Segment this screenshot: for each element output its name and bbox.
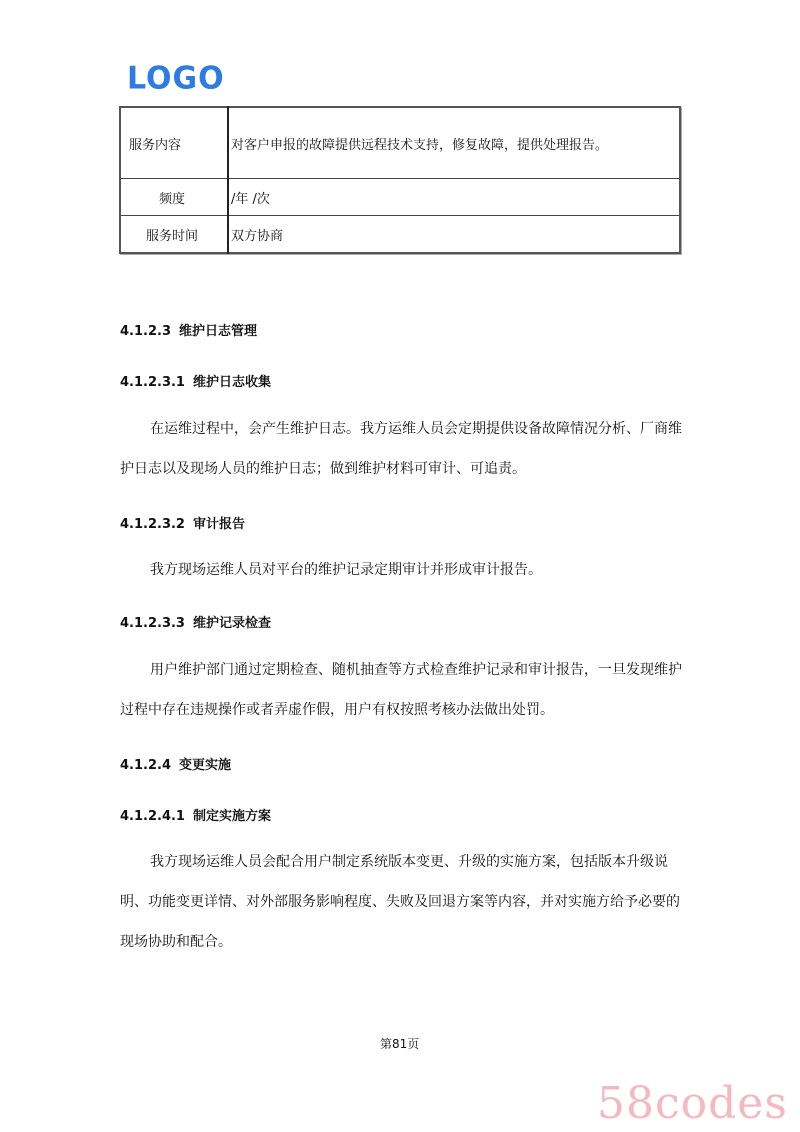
- paragraph: 在运维过程中，会产生维护日志。我方运维人员会定期提供设备故障情况分析、厂商维护日…: [120, 409, 682, 489]
- section-heading: 4.1.2.3.3维护记录检查: [120, 612, 271, 631]
- table-value-cell: 对客户申报的故障提供远程技术支持，修复故障，提供处理报告。: [228, 107, 680, 179]
- section-number: 4.1.2.3.3: [120, 616, 185, 631]
- section-heading: 4.1.2.3.1维护日志收集: [120, 371, 271, 390]
- section-title: 维护日志管理: [179, 324, 257, 339]
- table-label-cell: 频度: [120, 179, 228, 216]
- section-title: 制定实施方案: [193, 809, 271, 824]
- section-number: 4.1.2.4: [120, 758, 171, 773]
- logo: LOGO: [127, 62, 225, 96]
- section-heading: 4.1.2.3.2审计报告: [120, 513, 245, 532]
- table-row: 服务时间 双方协商: [120, 216, 680, 254]
- table-value-cell: /年 /次: [228, 179, 680, 216]
- section-title: 维护记录检查: [193, 616, 271, 631]
- paragraph-text: 我方现场运维人员会配合用户制定系统版本变更、升级的实施方案，包括版本升级说明、功…: [120, 854, 680, 950]
- section-number: 4.1.2.4.1: [120, 809, 185, 824]
- paragraph-text: 在运维过程中，会产生维护日志。我方运维人员会定期提供设备故障情况分析、厂商维护日…: [120, 421, 682, 477]
- table-label-cell: 服务内容: [120, 107, 228, 179]
- paragraph: 用户维护部门通过定期检查、随机抽查等方式检查维护记录和审计报告，一旦发现维护过程…: [120, 650, 682, 730]
- service-table: 服务内容 对客户申报的故障提供远程技术支持，修复故障，提供处理报告。 频度 /年…: [119, 106, 681, 254]
- section-title: 维护日志收集: [193, 375, 271, 390]
- watermark: 58codes: [597, 1078, 788, 1129]
- table-label-cell: 服务时间: [120, 216, 228, 254]
- section-number: 4.1.2.3.2: [120, 517, 185, 532]
- section-number: 4.1.2.3: [120, 324, 171, 339]
- paragraph-text: 我方现场运维人员对平台的维护记录定期审计并形成审计报告。: [150, 562, 542, 578]
- table-row: 服务内容 对客户申报的故障提供远程技术支持，修复故障，提供处理报告。: [120, 107, 680, 179]
- section-title: 变更实施: [179, 758, 231, 773]
- paragraph: 我方现场运维人员会配合用户制定系统版本变更、升级的实施方案，包括版本升级说明、功…: [120, 842, 682, 962]
- page-number: 第81页: [380, 1035, 419, 1052]
- paragraph-text: 用户维护部门通过定期检查、随机抽查等方式检查维护记录和审计报告，一旦发现维护过程…: [120, 662, 682, 718]
- section-number: 4.1.2.3.1: [120, 375, 185, 390]
- table-row: 频度 /年 /次: [120, 179, 680, 216]
- table-value-cell: 双方协商: [228, 216, 680, 254]
- section-title: 审计报告: [193, 517, 245, 532]
- section-heading: 4.1.2.4.1制定实施方案: [120, 805, 271, 824]
- section-heading: 4.1.2.3维护日志管理: [120, 320, 257, 339]
- paragraph: 我方现场运维人员对平台的维护记录定期审计并形成审计报告。: [120, 550, 682, 590]
- section-heading: 4.1.2.4变更实施: [120, 754, 231, 773]
